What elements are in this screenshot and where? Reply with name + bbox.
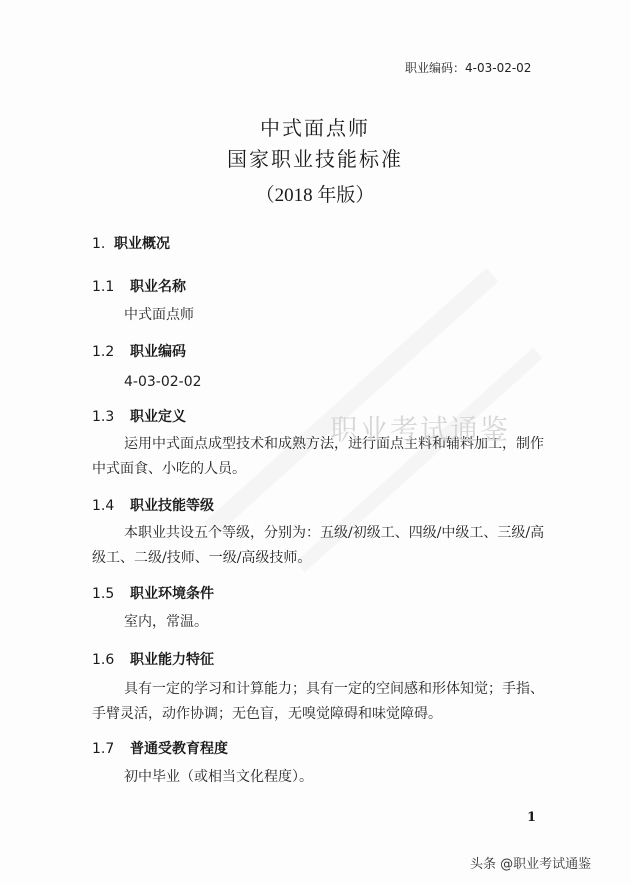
subsection-body-1-4: 本职业共设五个等级，分别为：五级/初级工、四级/中级工、三级/高级工、二级/技师… bbox=[92, 521, 552, 571]
section-heading: 1.职业概况 bbox=[92, 233, 170, 253]
subsection-heading-1-3: 1.3职业定义 bbox=[92, 406, 186, 426]
watermark-text: 职业考试通鉴 bbox=[330, 408, 510, 448]
source-watermark: 头条 @职业考试通鉴 bbox=[470, 853, 591, 872]
document-page: 职业编码：4-03-02-02 中式面点师 国家职业技能标准 （2018 年版）… bbox=[0, 0, 630, 883]
subsection-body-1-2: 4-03-02-02 bbox=[92, 370, 584, 395]
subsection-heading-1-2: 1.2职业编码 bbox=[92, 341, 186, 361]
subsection-body-1-7: 初中毕业（或相当文化程度）。 bbox=[92, 765, 584, 790]
document-subtitle: 国家职业技能标准 bbox=[0, 143, 630, 172]
subsection-body-1-5: 室内，常温。 bbox=[92, 610, 584, 635]
document-title: 中式面点师 bbox=[0, 112, 630, 141]
subsection-heading-1-6: 1.6职业能力特征 bbox=[92, 649, 214, 669]
page-number: 1 bbox=[527, 810, 536, 825]
occupation-code-tag: 职业编码：4-03-02-02 bbox=[405, 59, 531, 76]
subsection-heading-1-1: 1.1职业名称 bbox=[92, 276, 186, 296]
document-edition: （2018 年版） bbox=[0, 180, 630, 207]
subsection-body-1-1: 中式面点师 bbox=[92, 303, 584, 328]
subsection-body-1-6: 具有一定的学习和计算能力；具有一定的空间感和形体知觉；手指、手臂灵活，动作协调；… bbox=[92, 677, 552, 727]
subsection-heading-1-4: 1.4职业技能等级 bbox=[92, 495, 214, 515]
subsection-heading-1-7: 1.7普通受教育程度 bbox=[92, 738, 228, 758]
subsection-heading-1-5: 1.5职业环境条件 bbox=[92, 583, 214, 603]
